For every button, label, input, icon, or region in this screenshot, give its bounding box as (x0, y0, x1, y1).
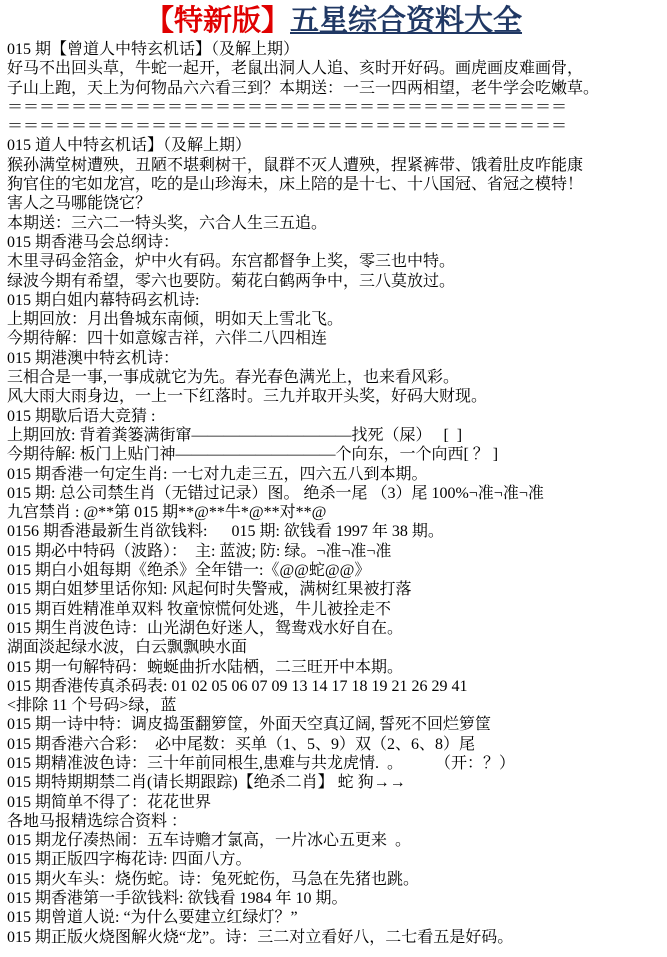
text-line: 本期送：三六二一特头奖，六合人生三五追。 (7, 214, 663, 233)
text-line: 015 期港澳中特玄机诗： (7, 349, 663, 368)
text-line: 015 期香港第一手欲钱料: 欲钱看 1984 年 10 期。 (7, 889, 663, 908)
text-line: 015 期歇后语大竞猜 : (7, 407, 663, 426)
title-badge: 【特新版】 (145, 5, 290, 37)
text-line: 0156 期香港最新生肖欲钱料: 015 期: 欲钱看 1997 年 38 期。 (7, 522, 663, 541)
page-title: 【特新版】五星综合资料大全 (0, 0, 667, 40)
text-line: 绿波今期有希望，零六也要防。菊花白鹤两争中，三八莫放过。 (7, 272, 663, 291)
text-line: 015 期一句解特码：蜿蜒曲折水陆栖，二三旺开中本期。 (7, 658, 663, 677)
text-line: 015 期白姐内幕特码玄机诗: (7, 291, 663, 310)
text-line: 015 期生肖波色诗：山光湖色好迷人，鸳鸯戏水好自在。 (7, 619, 663, 638)
text-line: 015 道人中特玄机话】（及解上期） (7, 136, 663, 155)
text-line: 猴孙满堂树遭殃，丑陋不堪剩树干，鼠群不灭人遭殃，捏紧裤带、饿着肚皮咋能康 (7, 156, 663, 175)
text-line: 015 期白小姐每期《绝杀》全年错一:《@@蛇@@》 (7, 561, 663, 580)
text-line: ＝＝＝＝＝＝＝＝＝＝＝＝＝＝＝＝＝＝＝＝＝＝＝＝＝＝＝＝＝＝＝＝＝＝＝ (7, 98, 663, 117)
text-line: 015 期香港一句定生肖: 一七对九走三五，四六五八到本期。 (7, 465, 663, 484)
text-line: 子山上跑，天上为何物品六六看三到？本期送：一三一四两相望，老牛学会吃嫩草。 (7, 79, 663, 98)
text-line: 015 期特期期禁二肖(请长期跟踪)【绝杀二肖】 蛇 狗→→ (7, 773, 663, 792)
text-line: 风大雨大雨身边，一上一下红落时。三九并取开头奖，好码大财现。 (7, 387, 663, 406)
text-line: 害人之马哪能饶它？ (7, 194, 663, 213)
text-line: 015 期百姓精准单双料 牧童惊慌何处逃，牛儿被拴走不 (7, 600, 663, 619)
text-line: 九宫禁肖 : @**第 015 期**@**牛*@**对**@ (7, 503, 663, 522)
text-line: 015 期: 总公司禁生肖（无错过记录）图。 绝杀一尾 （3）尾 100%¬准¬… (7, 484, 663, 503)
text-line: 湖面淡起绿水波，白云飘飘映水面 (7, 638, 663, 657)
text-line: 木里寻码金箔金，炉中火有码。东宫都督争上奖，零三也中特。 (7, 252, 663, 271)
text-line: 各地马报精选综合资料 ： (7, 812, 663, 831)
text-line: 狗官住的宅如龙宫，吃的是山珍海未，床上陪的是十七、十八国冠、省冠之模特！ (7, 175, 663, 194)
text-line: 015 期简单不得了：花花世界 (7, 793, 663, 812)
content-area: 015 期【曾道人中特玄机话】（及解上期） 好马不出回头草，牛蛇一起开，老鼠出洞… (0, 40, 667, 947)
title-text: 五星综合资料大全 (290, 5, 522, 37)
text-line: 015 期白姐梦里话你知: 风起何时失警戒，满树红果被打落 (7, 580, 663, 599)
text-line: 015 期香港马会总纲诗： (7, 233, 663, 252)
text-line: 上期回放：月出鲁城东南倾，明如天上雪北飞。 (7, 310, 663, 329)
text-line: 015 期必中特码（波路）： 主: 蓝波; 防: 绿。¬准¬准¬准 (7, 542, 663, 561)
text-line: 015 期【曾道人中特玄机话】（及解上期） (7, 40, 663, 59)
text-line: 015 期精准波色诗：三十年前同根生,患难与共龙虎情. 。 （开：？） (7, 754, 663, 773)
text-line: 015 期龙仔凑热闹：五车诗赡才氯高，一片冰心五更来 。 (7, 831, 663, 850)
text-line: 今期待解：四十如意嫁吉祥，六伴二八四相连 (7, 329, 663, 348)
text-line: 好马不出回头草，牛蛇一起开，老鼠出洞人人追、亥时开好码。画虎画皮难画骨， (7, 59, 663, 78)
text-line: 今期待解: 板门上贴门神——————————个向东，一个向西[ ？ ] (7, 445, 663, 464)
text-line: 上期回放: 背着粪篓满街窜——————————找死（屎） [ ] (7, 426, 663, 445)
text-line: 015 期火车头：烧伤蛇。诗：兔死蛇伤，马急在先猪也跳。 (7, 870, 663, 889)
text-line: 015 期一诗中特：调皮捣蛋翻箩筐，外面天空真辽阔, 誓死不回烂箩筐 (7, 715, 663, 734)
lottery-info-page: 【特新版】五星综合资料大全 015 期【曾道人中特玄机话】（及解上期） 好马不出… (0, 0, 667, 957)
text-line: 015 期正版四字梅花诗: 四面八方。 (7, 850, 663, 869)
text-line: 015 期香港六合彩： 必中尾数：买单（1、5、9）双（2、6、8）尾 (7, 735, 663, 754)
text-line: 015 期曾道人说: “为什么要建立红绿灯？” (7, 908, 663, 927)
text-line: 015 期香港传真杀码表: 01 02 05 06 07 09 13 14 17… (7, 677, 663, 696)
text-line: 三相合是一事,一事成就它为先。春光春色满光上，也来看风彩。 (7, 368, 663, 387)
text-line: ＝＝＝＝＝＝＝＝＝＝＝＝＝＝＝＝＝＝＝＝＝＝＝＝＝＝＝＝＝＝＝＝＝＝＝ (7, 117, 663, 136)
text-line: 015 期正版火烧图解火烧“龙”。诗：三二对立看好八，二七看五是好码。 (7, 928, 663, 947)
text-line: <排除 11 个号码>绿，蓝 (7, 696, 663, 715)
